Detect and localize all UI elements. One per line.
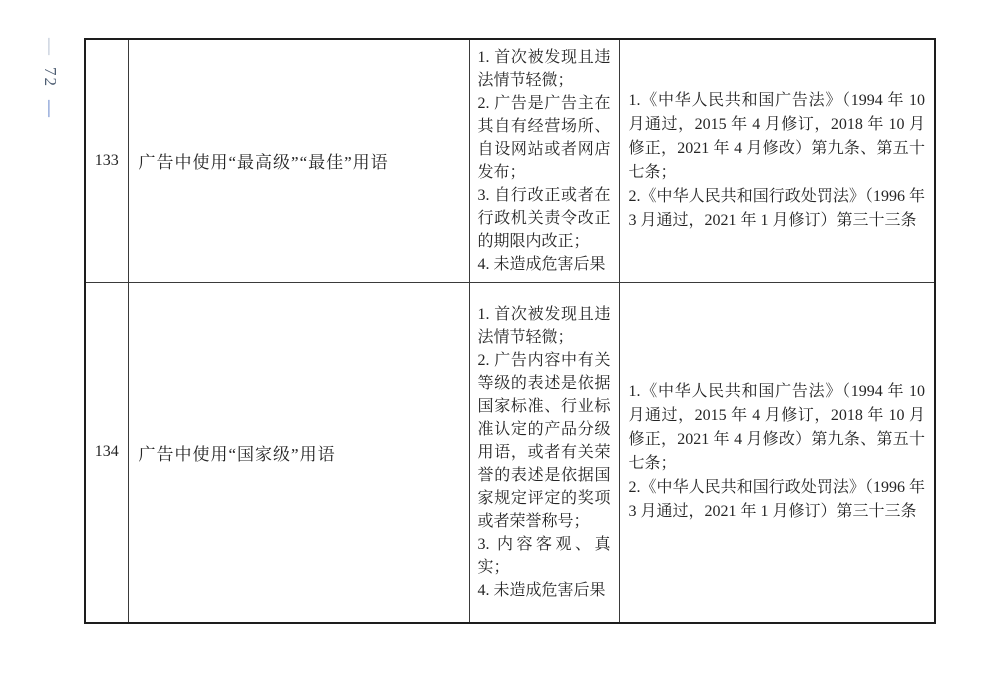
page-number-dash-top: — [42,38,59,55]
conditions-cell: 1. 首次被发现且违法情节轻微； 2. 广告内容中有关等级的表述是依据国家标准、… [469,282,619,623]
condition-item: 1. 首次被发现且违法情节轻微； [478,46,611,92]
page-number-value: 72 [42,67,59,88]
reference-item: 2.《中华人民共和国行政处罚法》（1996 年 3 月通过，2021 年 1 月… [629,185,926,233]
table-row-133: 133 广告中使用“最高级”“最佳”用语 1. 首次被发现且违法情节轻微； 2.… [85,39,935,282]
violation-text: 广告中使用“国家级”用语 [139,440,459,465]
condition-item: 4. 未造成危害后果 [478,579,611,602]
condition-item: 2. 广告内容中有关等级的表述是依据国家标准、行业标准认定的产品分级用语，或者有… [478,349,611,533]
row-number-cell: 134 [85,282,128,623]
condition-item: 1. 首次被发现且违法情节轻微； [478,303,611,349]
document-page: — 72 — 133 广告中使用“最高级”“最佳”用语 1. 首次被发现且违法情… [0,0,998,673]
page-number-dash-bottom: — [42,100,59,117]
conditions-cell: 1. 首次被发现且违法情节轻微； 2. 广告是广告主在其自有经营场所、自设网站或… [469,39,619,282]
page-number: — 72 — [42,38,59,117]
violation-text: 广告中使用“最高级”“最佳”用语 [139,148,459,173]
table-row-134: 134 广告中使用“国家级”用语 1. 首次被发现且违法情节轻微； 2. 广告内… [85,282,935,623]
references-cell: 1.《中华人民共和国广告法》（1994 年 10 月通过，2015 年 4 月修… [619,39,935,282]
reference-item: 2.《中华人民共和国行政处罚法》（1996 年 3 月通过，2021 年 1 月… [629,476,926,524]
reference-item: 1.《中华人民共和国广告法》（1994 年 10 月通过，2015 年 4 月修… [629,380,926,476]
references-cell: 1.《中华人民共和国广告法》（1994 年 10 月通过，2015 年 4 月修… [619,282,935,623]
condition-item: 3. 自行改正或者在行政机关责令改正的期限内改正； [478,184,611,253]
violation-cell: 广告中使用“国家级”用语 [128,282,469,623]
row-number-cell: 133 [85,39,128,282]
condition-item: 3. 内容客观、真实； [478,533,611,579]
violation-table: 133 广告中使用“最高级”“最佳”用语 1. 首次被发现且违法情节轻微； 2.… [84,38,936,624]
condition-item: 4. 未造成危害后果 [478,253,611,276]
violation-cell: 广告中使用“最高级”“最佳”用语 [128,39,469,282]
condition-item: 2. 广告是广告主在其自有经营场所、自设网站或者网店发布； [478,92,611,184]
reference-item: 1.《中华人民共和国广告法》（1994 年 10 月通过，2015 年 4 月修… [629,89,926,185]
